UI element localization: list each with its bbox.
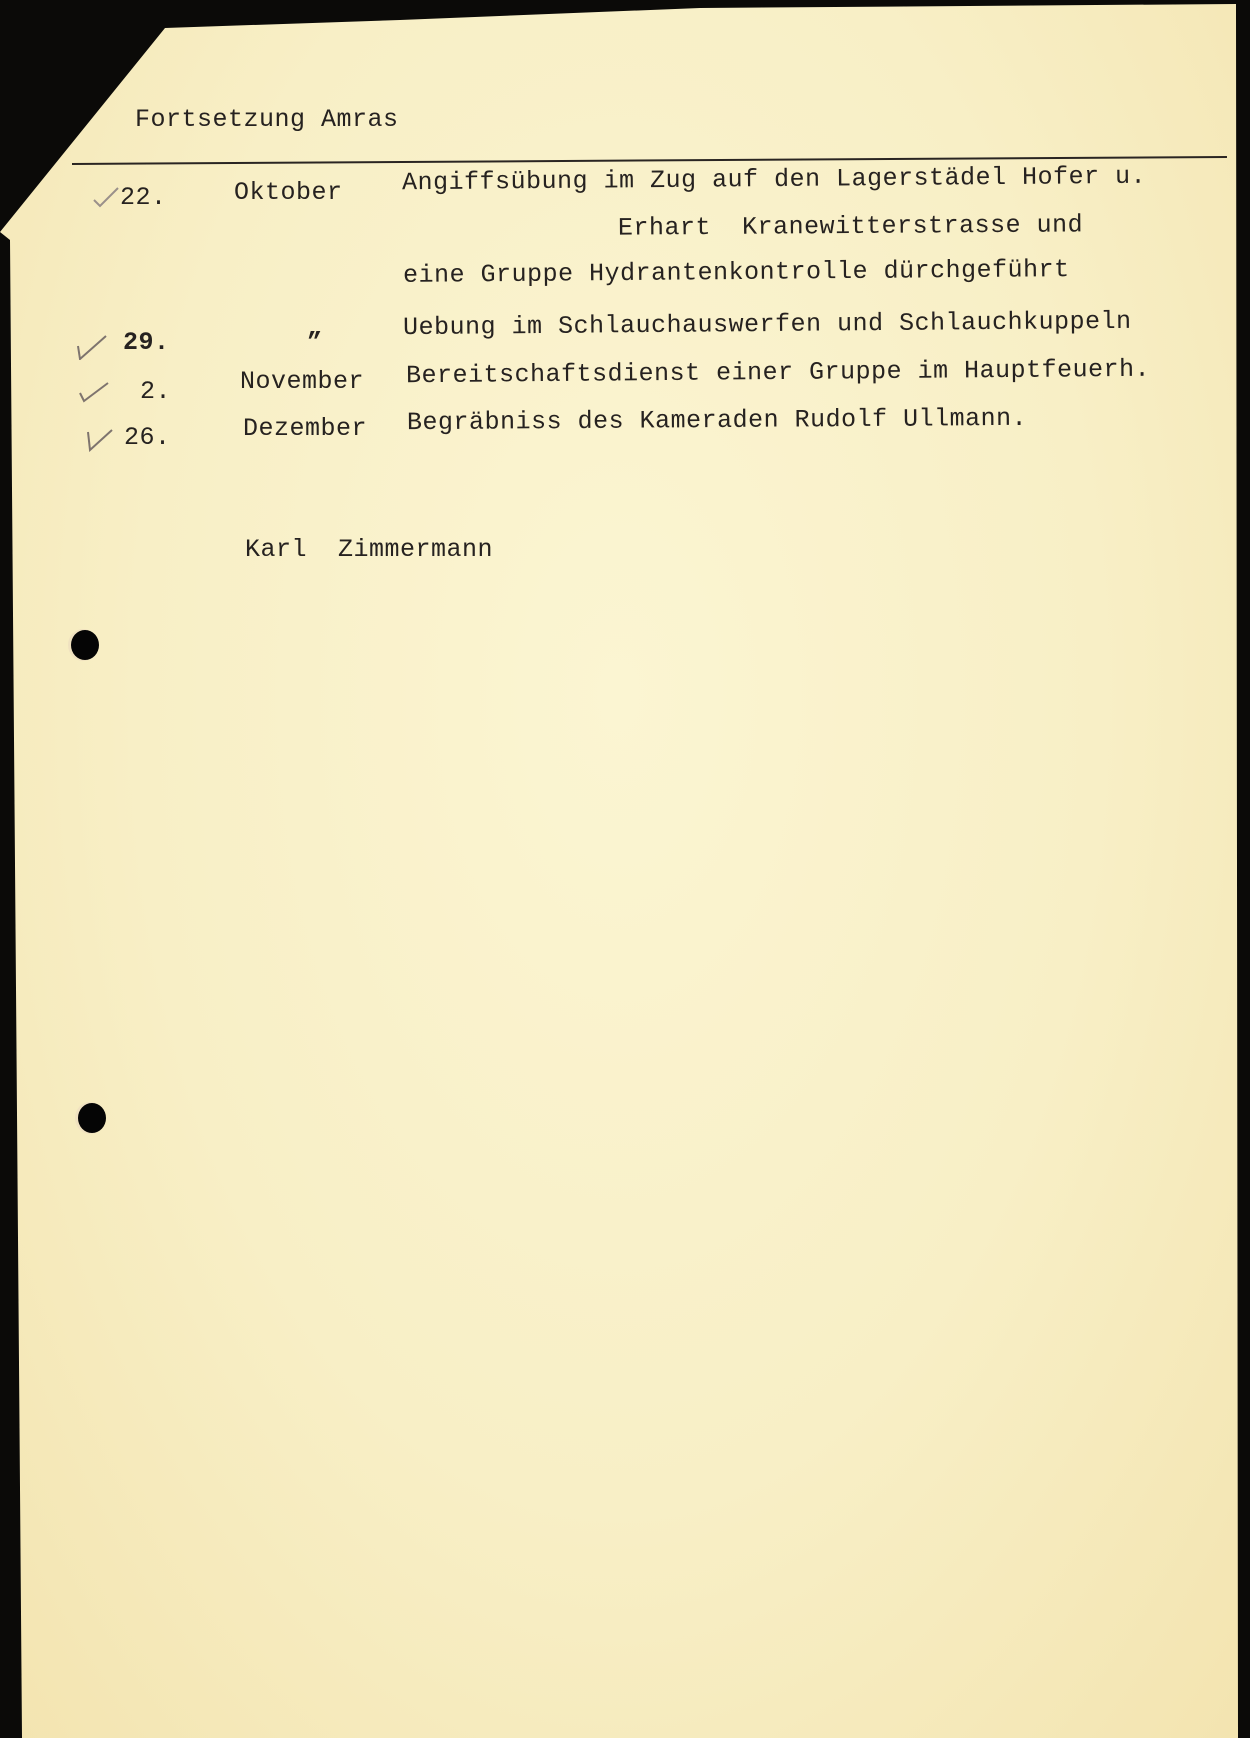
signature: Karl Zimmermann bbox=[245, 535, 493, 564]
document-header: Fortsetzung Amras bbox=[135, 105, 399, 134]
entry-day: 2. bbox=[140, 377, 171, 406]
checkmark-icon bbox=[72, 330, 116, 360]
entry-day: 26. bbox=[124, 423, 171, 452]
entry-day: 22. bbox=[120, 183, 167, 212]
entry-month: ” bbox=[307, 328, 323, 357]
punch-hole-bottom bbox=[78, 1103, 106, 1133]
checkmark-icon bbox=[76, 375, 120, 405]
entry-text-line: Erhart Kranewitterstrasse und bbox=[618, 210, 1083, 242]
entry-month: Dezember bbox=[243, 414, 367, 443]
entry-day: 29. bbox=[123, 328, 170, 357]
entry-month: Oktober bbox=[234, 178, 343, 207]
punch-hole-top bbox=[71, 630, 99, 660]
document-page: Fortsetzung Amras 22. Oktober Angiffsübu… bbox=[0, 0, 1238, 1738]
entry-text-line: Angiffsübung im Zug auf den Lagerstädel … bbox=[402, 162, 1146, 197]
checkmark-icon bbox=[82, 422, 126, 452]
entry-text-line: Begräbniss des Kameraden Rudolf Ullmann. bbox=[407, 404, 1027, 437]
entry-text-line: Bereitschaftsdienst einer Gruppe im Haup… bbox=[406, 355, 1150, 390]
entry-month: November bbox=[240, 367, 364, 396]
entry-text-line: eine Gruppe Hydrantenkontrolle dürchgefü… bbox=[403, 255, 1070, 290]
entry-text-line: Uebung im Schlauchauswerfen und Schlauch… bbox=[403, 307, 1132, 342]
